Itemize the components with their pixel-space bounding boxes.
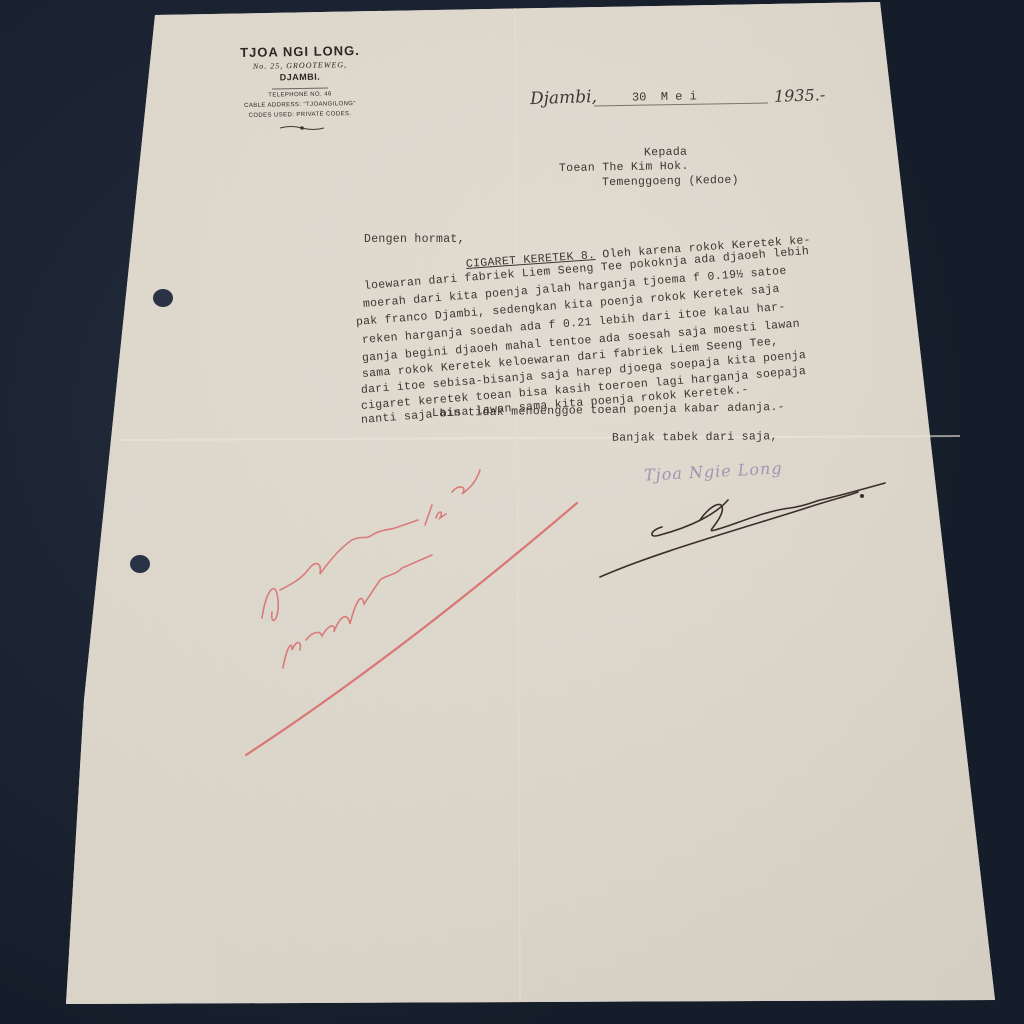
dateline-year: 1935.- xyxy=(774,85,826,106)
recipient-line-1: Kepada xyxy=(644,146,687,160)
dateline-day-month: 30 M e i xyxy=(632,89,697,104)
letter-paper xyxy=(0,0,1024,1024)
dateline-place: Djambi, xyxy=(530,87,598,109)
salutation: Dengen hormat, xyxy=(364,233,465,246)
recipient-line-3: Temenggoeng (Kedoe) xyxy=(602,174,739,189)
closing-line-2: Banjak tabek dari saja, xyxy=(612,430,778,444)
punch-hole-top xyxy=(153,289,173,307)
recipient-line-2: Toean The Kim Hok. xyxy=(559,160,689,175)
punch-hole-bottom xyxy=(130,555,150,573)
ornament-icon xyxy=(280,125,324,131)
